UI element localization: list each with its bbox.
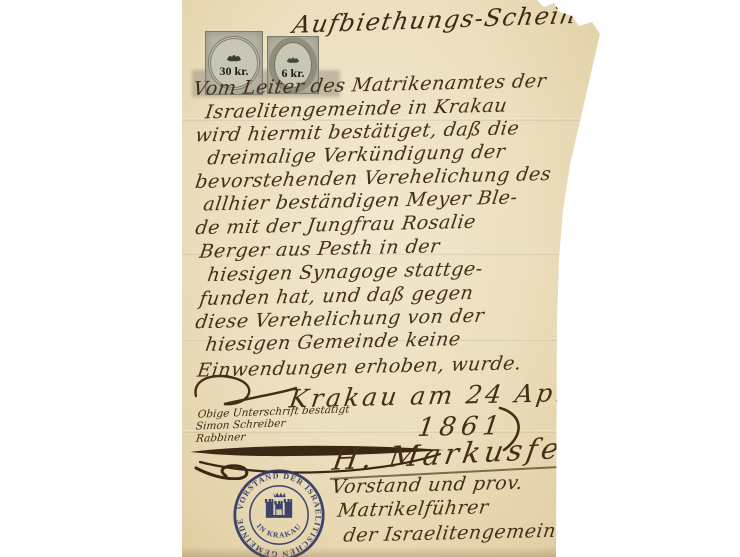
document-photo: Aufbiethungs-Schein 30 kr. 6 kr. Vom Lei… [0, 0, 740, 557]
handwritten-line: hiesigen Gemeinde keine [204, 328, 462, 356]
signature-title-line: der Israelitengemeinde [342, 519, 582, 546]
krakow-crest-icon [265, 492, 292, 517]
handwritten-line: Berger aus Pesth in der [198, 235, 441, 262]
seal-center-text: IN KRAKAU [255, 522, 303, 540]
double-eagle-icon [286, 55, 300, 65]
svg-text:IN KRAKAU: IN KRAKAU [255, 522, 303, 540]
signature-title-line: Matrikelführer [336, 496, 490, 521]
document-title: Aufbiethungs-Schein [291, 1, 580, 39]
document-paper: Aufbiethungs-Schein 30 kr. 6 kr. Vom Lei… [182, 0, 604, 557]
paper-edge-shadow [182, 547, 604, 557]
stamp-value: 30 kr. [220, 65, 249, 77]
signature-title-line: Vorstand und prov. [330, 472, 524, 498]
community-seal: VORSTAND DER ISRAELITISCHEN GEMEINDE IN … [232, 468, 326, 557]
double-eagle-icon [226, 53, 242, 63]
